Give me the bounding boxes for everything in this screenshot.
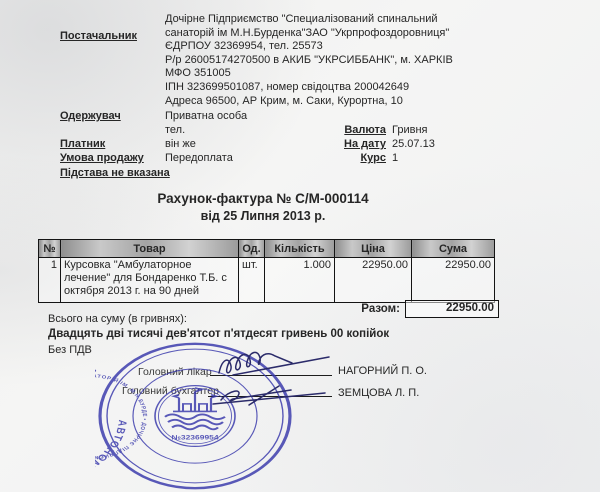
- supplier-line: ІПН 323699501087, номер свідоцтва 200042…: [165, 81, 453, 95]
- accountant-signature-icon: [213, 386, 325, 405]
- header-unit: Од.: [239, 240, 265, 258]
- cell-price: 22950.00: [335, 258, 412, 303]
- recipient-label: Одержувач: [60, 110, 121, 122]
- total-value: 22950.00: [405, 300, 499, 318]
- header-item: Товар: [61, 240, 239, 258]
- cell-qty: 1.000: [265, 258, 335, 303]
- table-row: 1 Курсовка "Амбулаторное лечение" для Бо…: [39, 258, 495, 303]
- invoice-title-date: від 25 Липня 2013 р.: [35, 209, 491, 223]
- cell-unit: шт.: [239, 258, 265, 303]
- recipient-tel: тел.: [165, 124, 185, 136]
- invoice-title-number: Рахунок-фактура № С/М-000114: [35, 191, 491, 206]
- on-date-value: 25.07.13: [392, 138, 435, 150]
- total-label: Разом:: [280, 303, 400, 315]
- currency-label: Валюта: [340, 124, 386, 136]
- terms-value: Передоплата: [165, 152, 233, 164]
- scanned-invoice-document: Постачальник Одержувач Платник Умова про…: [0, 0, 600, 492]
- on-date-label: На дату: [340, 138, 386, 150]
- header-qty: Кількість: [265, 240, 335, 258]
- header-num: №: [39, 240, 61, 258]
- invoice-title: Рахунок-фактура № С/М-000114 від 25 Липн…: [35, 191, 491, 223]
- vat-note: Без ПДВ: [48, 344, 92, 356]
- stamp-number: №32369954: [171, 434, 219, 442]
- supplier-line: санаторій ім М.Н.Бурденка"ЗАО "Укрпрофоз…: [165, 27, 453, 41]
- handwritten-signatures: [205, 348, 355, 408]
- supplier-line: ЄДРПОУ 32369954, тел. 25573: [165, 40, 453, 54]
- rate-value: 1: [392, 152, 398, 164]
- header-sum: Сума: [412, 240, 495, 258]
- header-price: Ціна: [335, 240, 412, 258]
- in-words-label: Всього на суму (в гривнях):: [48, 313, 187, 325]
- cell-item: Курсовка "Амбулаторное лечение" для Бонд…: [61, 258, 239, 303]
- supplier-info: Дочірне Підприємство "Специалізований сп…: [165, 13, 453, 108]
- supplier-line: МФО 351005: [165, 67, 453, 81]
- terms-label: Умова продажу: [60, 152, 144, 164]
- basis-label: Підстава не вказана: [60, 167, 170, 179]
- supplier-line: Дочірне Підприємство "Специалізований сп…: [165, 13, 453, 27]
- cell-sum: 22950.00: [412, 258, 495, 303]
- supplier-line: Р/р 26005174270500 в АКИБ "УКРСИББАНК", …: [165, 54, 453, 68]
- recipient-value: Приватна особа: [165, 110, 247, 122]
- table-header-row: № Товар Од. Кількість Ціна Сума: [39, 240, 495, 258]
- payer-label: Платник: [60, 138, 105, 150]
- items-table: № Товар Од. Кількість Ціна Сума 1 Курсов…: [38, 239, 495, 303]
- payer-value: він же: [165, 138, 196, 150]
- rate-label: Курс: [340, 152, 386, 164]
- doctor-signature-icon: [219, 352, 292, 373]
- cell-num: 1: [39, 258, 61, 303]
- invoice-meta: Валюта Гривня На дату 25.07.13 Курс 1: [340, 124, 435, 167]
- currency-value: Гривня: [392, 124, 427, 136]
- amount-in-words: Двадцять дві тисячі дев'ятсот п'ятдесят …: [48, 328, 389, 340]
- supplier-line: Адреса 96500, АР Крим, м. Саки, Курортна…: [165, 95, 453, 109]
- supplier-label: Постачальник: [60, 30, 137, 42]
